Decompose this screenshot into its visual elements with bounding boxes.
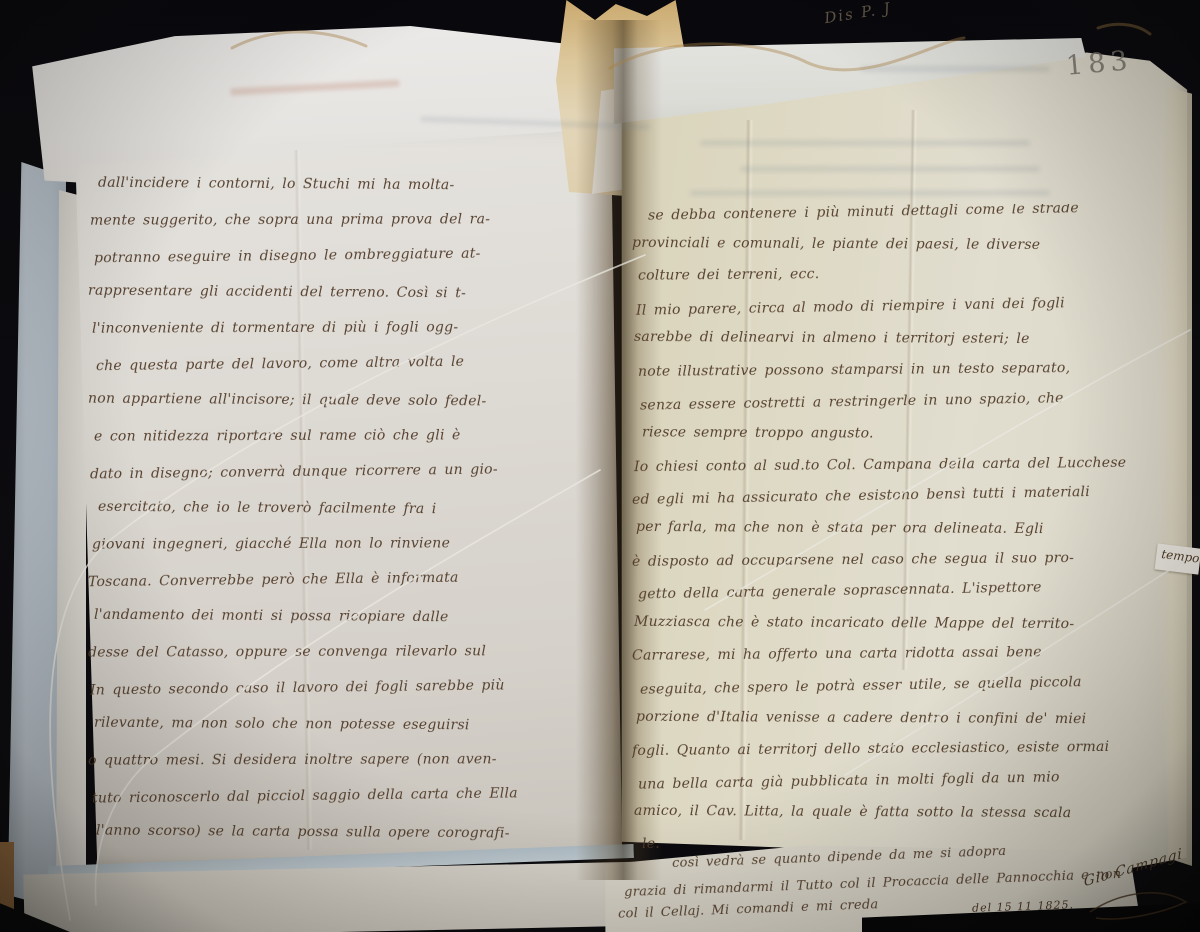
manuscript-line: l'anno scorso) se la carta possa sulla o… [96,823,510,842]
faded-showthrough [700,140,1030,146]
right-page-text: se debba contenere i più minuti dettagli… [632,204,1184,856]
lower-page-text: così vedrà se quanto dipende da me si ad… [606,844,1162,932]
manuscript-line: giovani ingegneri, giacché Ella non lo r… [92,535,450,552]
manuscript-line: è disposto ad occuparsene nel caso che s… [632,550,1074,570]
faded-showthrough [740,166,1040,172]
manuscript-line: Carrarese, mi ha offerto una carta ridot… [632,644,1042,664]
manuscript-line: porzione d'Italia venisse a cadere dentr… [636,709,1086,727]
manuscript-line: tuto riconoscerlo dal picciol saggio del… [92,785,518,806]
manuscript-line: mente suggerito, che sopra una prima pro… [90,211,490,228]
manuscript-line: potranno eseguire in disegno le ombreggi… [94,246,481,267]
manuscript-line: non appartiene all'incisore; il quale de… [88,391,487,410]
manuscript-line: esercitato, che io le troverò facilmente… [98,499,437,517]
manuscript-line: In questo secondo caso il lavoro dei fog… [90,677,505,698]
left-page-text: dall'incidere i contorni, lo Stuchi mi h… [88,176,602,848]
manuscript-line: ed egli mi ha assicurato che esistono be… [632,484,1090,508]
manuscript-line: sarebbe di delinearvi in almeno i territ… [634,329,1030,347]
slip-note-text: tempo [1161,547,1200,566]
manuscript-line: note illustrative possono stamparsi in u… [638,360,1070,380]
manuscript-line: dato in disegno; converrà dunque ricorre… [90,462,498,483]
manuscript-line: l'andamento dei monti si possa ricopiare… [94,607,449,625]
faded-showthrough [690,190,1050,196]
bottom-paper-band [23,861,654,932]
manuscript-line: amico, il Cav. Litta, la quale è fatta s… [634,803,1071,821]
manuscript-photo: dall'incidere i contorni, lo Stuchi mi h… [0,0,1200,932]
manuscript-line: fogli. Quanto ai territorj dello stato e… [632,739,1109,759]
manuscript-line: Muzziasca che è stato incaricato delle M… [634,614,1074,632]
manuscript-line: Il mio parere, circa al modo di riempire… [636,295,1065,318]
letter-date: del 15 11 1825. [972,898,1074,915]
manuscript-line: una bella carta già pubblicata in molti … [638,769,1060,792]
manuscript-line: grazia di rimandarmi il Tutto col il Pro… [624,867,1122,900]
manuscript-line: dall'incidere i contorni, lo Stuchi mi h… [98,176,455,193]
manuscript-line: se debba contenere i più minuti dettagli… [648,204,1079,224]
manuscript-line: per farla, ma che non è stata per ora de… [636,519,1044,537]
manuscript-line: Toscana. Converrebbe però che Ella è inf… [88,570,459,591]
manuscript-line: l'inconveniente di tormentare di più i f… [92,319,458,336]
folio-number: 183 [1065,45,1134,82]
manuscript-line: e con nitidezza riportare sul rame ciò c… [94,427,461,444]
manuscript-line: rappresentare gli accidenti del terreno.… [88,283,466,302]
manuscript-line: che questa parte del lavoro, come altra … [96,354,464,374]
manuscript-line: senza essere costretti a restringerle in… [640,390,1064,413]
manuscript-line: eseguita, che spero le potrà esser utile… [640,674,1082,698]
manuscript-line: rilevante, ma non solo che non potesse e… [94,715,470,734]
manuscript-line: così vedrà se quanto dipende da me si ad… [672,844,1007,871]
manuscript-line: Io chiesi conto al sud.to Col. Campana d… [634,455,1126,475]
manuscript-line: provinciali e comunali, le piante dei pa… [632,235,1040,253]
manuscript-line: col il Cellaj. Mi comandi e mi creda [618,897,879,922]
manuscript-line: colture dei terreni, ecc. [638,266,820,284]
manuscript-line: getto della carta generale soprascennata… [638,579,1042,602]
manuscript-line: o quattro mesi. Si desidera inoltre sape… [88,751,497,768]
paper-slip: tempo [1155,543,1200,574]
manuscript-line: riesce sempre troppo angusto. [642,424,874,441]
manuscript-line: desse del Catasso, oppure se convenga ri… [88,643,486,660]
archival-header-mark: Dis P. J [823,0,893,27]
faded-pencil-note [860,66,1050,72]
